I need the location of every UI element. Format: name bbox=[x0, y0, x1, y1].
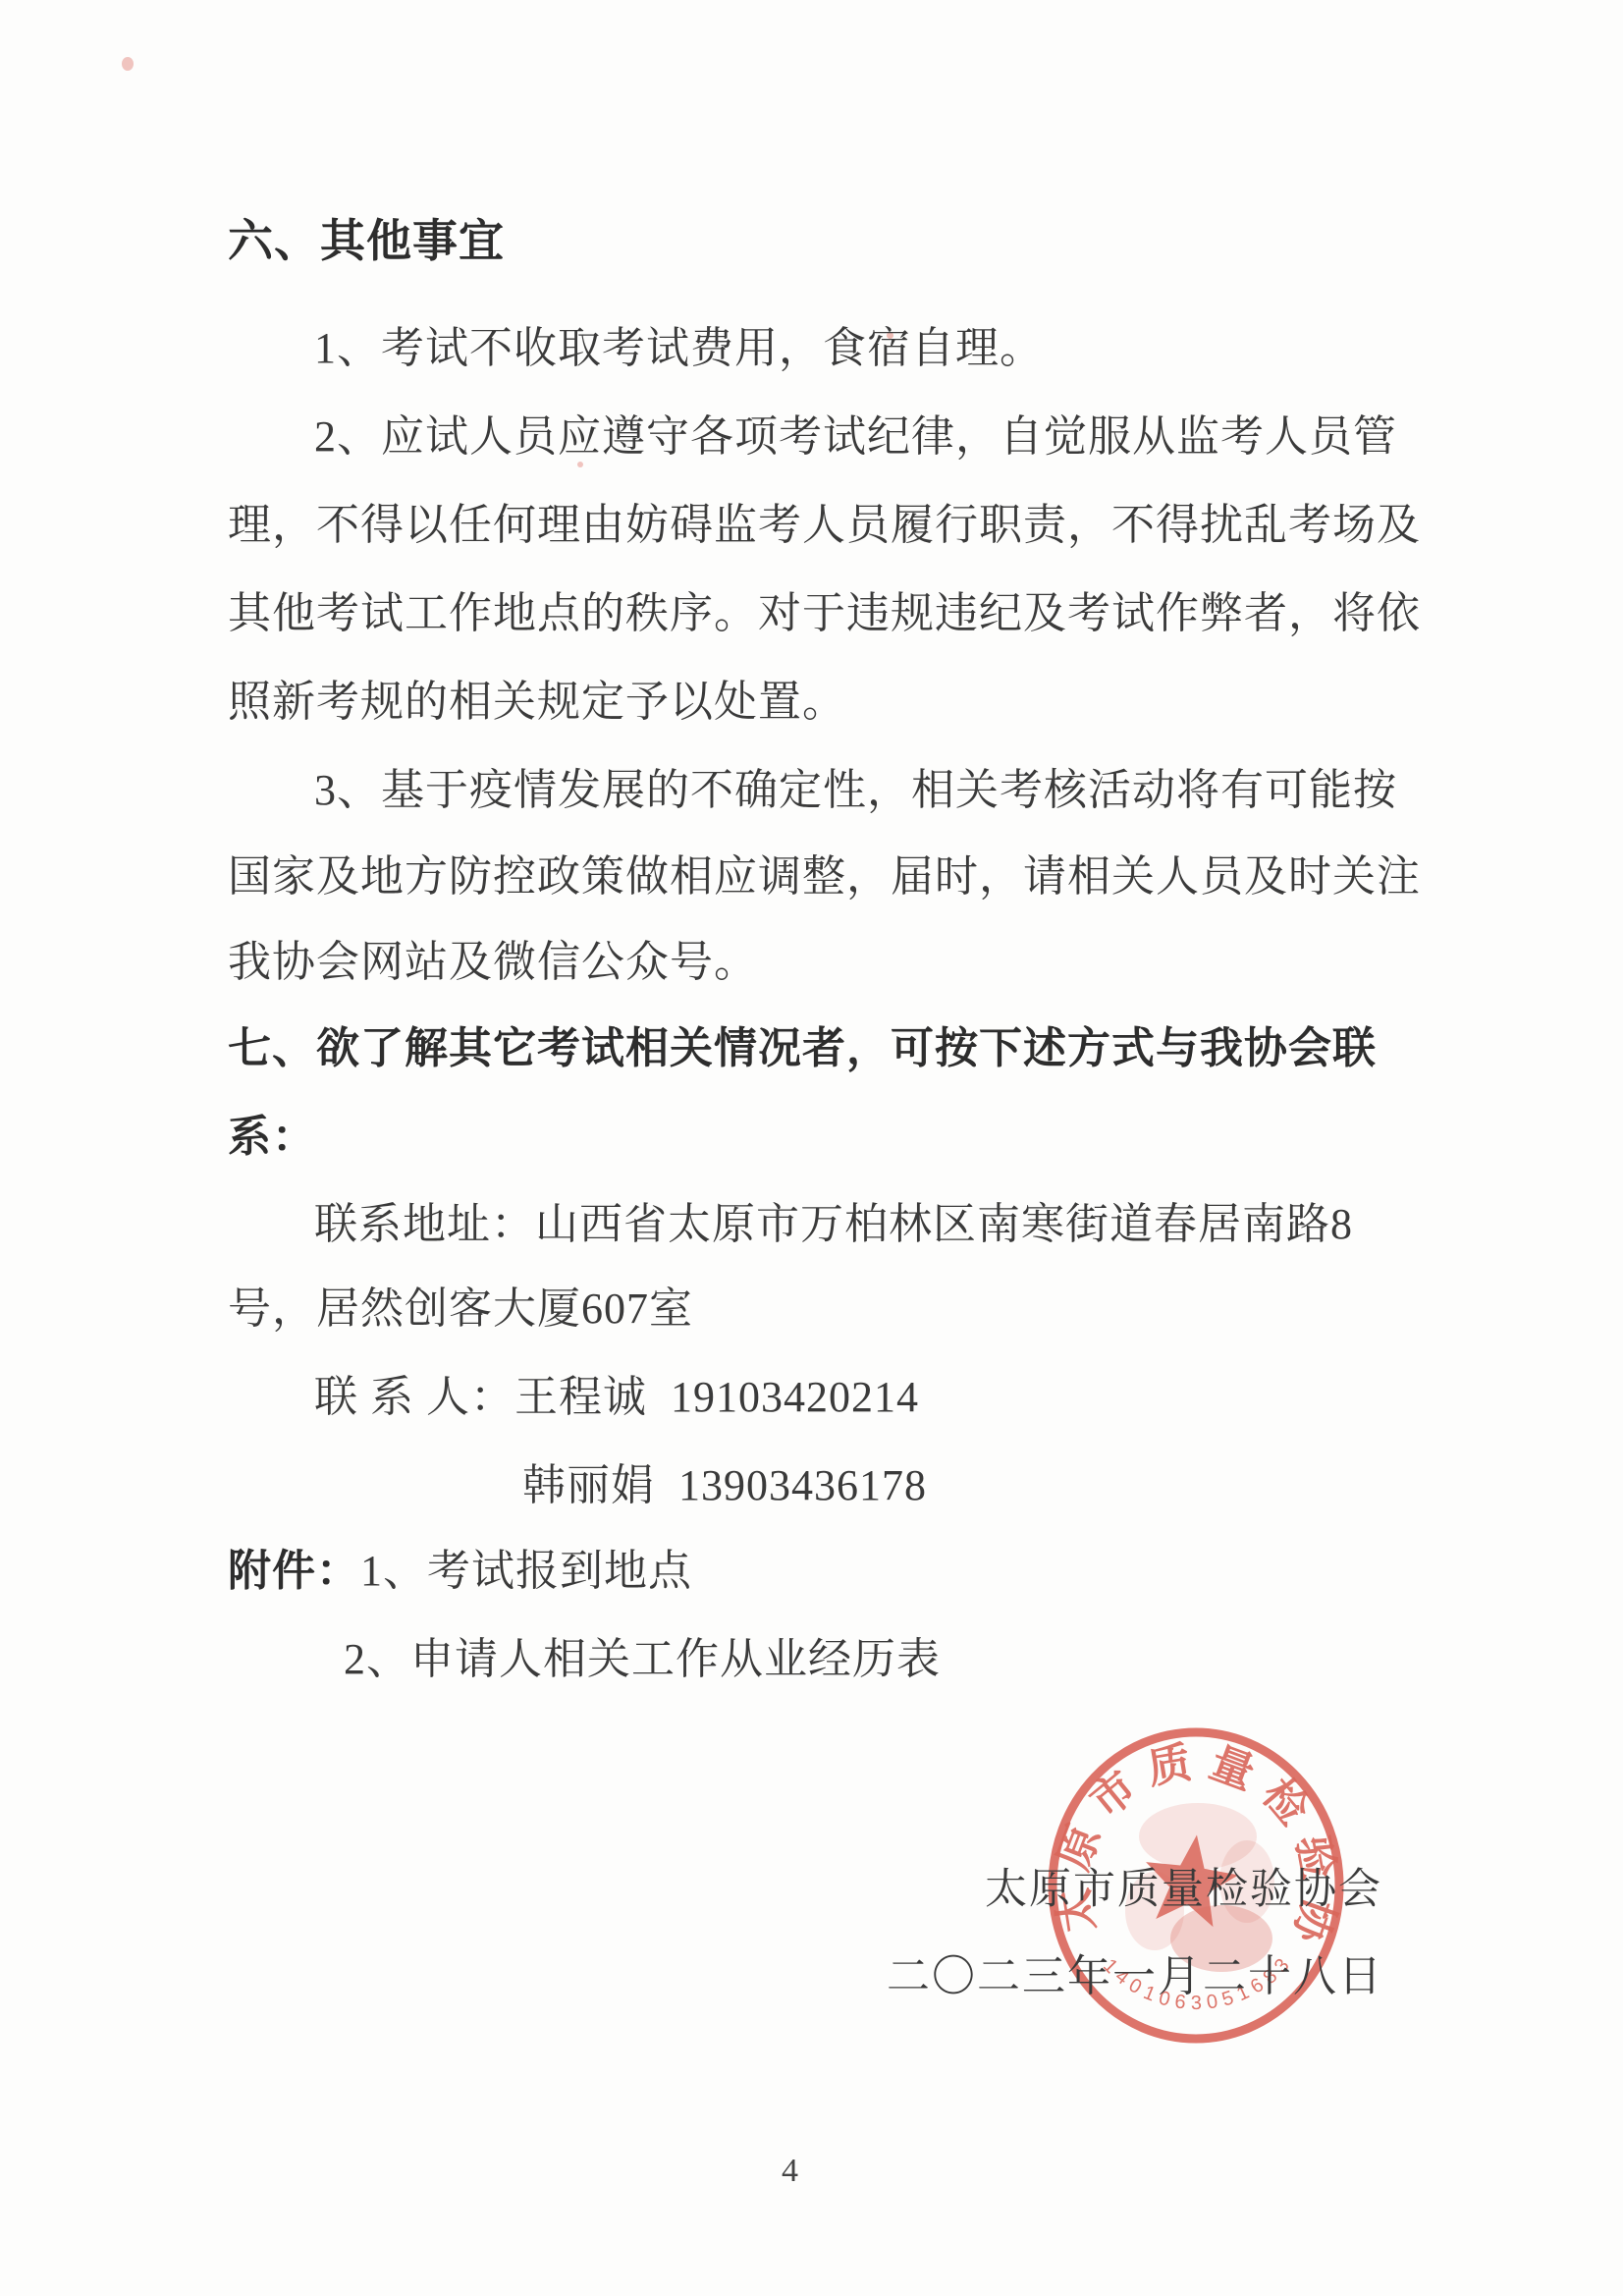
paragraph-line: 我协会网站及微信公众号。 bbox=[228, 938, 758, 988]
page-number: 4 bbox=[782, 2153, 798, 2190]
attachment-item-1: 1、考试报到地点 bbox=[360, 1547, 692, 1597]
address-line: 号，居然创客大厦607室 bbox=[228, 1285, 693, 1335]
paragraph-line: 照新考规的相关规定予以处置。 bbox=[228, 678, 846, 728]
document-page: 太原市质量检验协会 1401063051683 六、其他事宜 1、考试不收取考试… bbox=[0, 0, 1623, 2296]
signature-date: 二〇二三年一月二十八日 bbox=[887, 1941, 1383, 2003]
section7-heading-line1: 七、欲了解其它考试相关情况者，可按下述方式与我协会联 bbox=[228, 1024, 1377, 1074]
section6-heading: 六、其他事宜 bbox=[228, 216, 505, 268]
contact-line: 韩丽娟 13903436178 bbox=[522, 1461, 927, 1511]
address-line: 联系地址：山西省太原市万柏林区南寒街道春居南路8 bbox=[314, 1200, 1353, 1250]
paragraph-line: 1、考试不收取考试费用，食宿自理。 bbox=[314, 324, 1044, 374]
attachment-label: 附件： bbox=[228, 1547, 360, 1597]
attachment-item-2: 2、申请人相关工作从业经历表 bbox=[344, 1635, 941, 1685]
section7-heading-line2: 系： bbox=[228, 1113, 316, 1163]
paragraph-line: 理，不得以任何理由妨碍监考人员履行职责，不得扰乱考场及 bbox=[228, 501, 1421, 551]
attachment-row: 附件： 1、考试报到地点 bbox=[228, 1547, 692, 1597]
paragraph-line: 3、基于疫情发展的不确定性，相关考核活动将有可能按 bbox=[314, 766, 1397, 816]
paragraph-line: 其他考试工作地点的秩序。对于违规违纪及考试作弊者，将依 bbox=[228, 589, 1421, 639]
ink-speck bbox=[577, 462, 583, 467]
paragraph-line: 2、应试人员应遵守各项考试纪律，自觉服从监考人员管 bbox=[314, 412, 1397, 463]
paragraph-line: 国家及地方防控政策做相应调整，届时，请相关人员及时关注 bbox=[228, 852, 1421, 902]
ink-speck bbox=[122, 57, 134, 71]
signature-org-name: 太原市质量检验协会 bbox=[985, 1856, 1382, 1916]
contact-line: 联 系 人：王程诚 19103420214 bbox=[314, 1373, 919, 1423]
